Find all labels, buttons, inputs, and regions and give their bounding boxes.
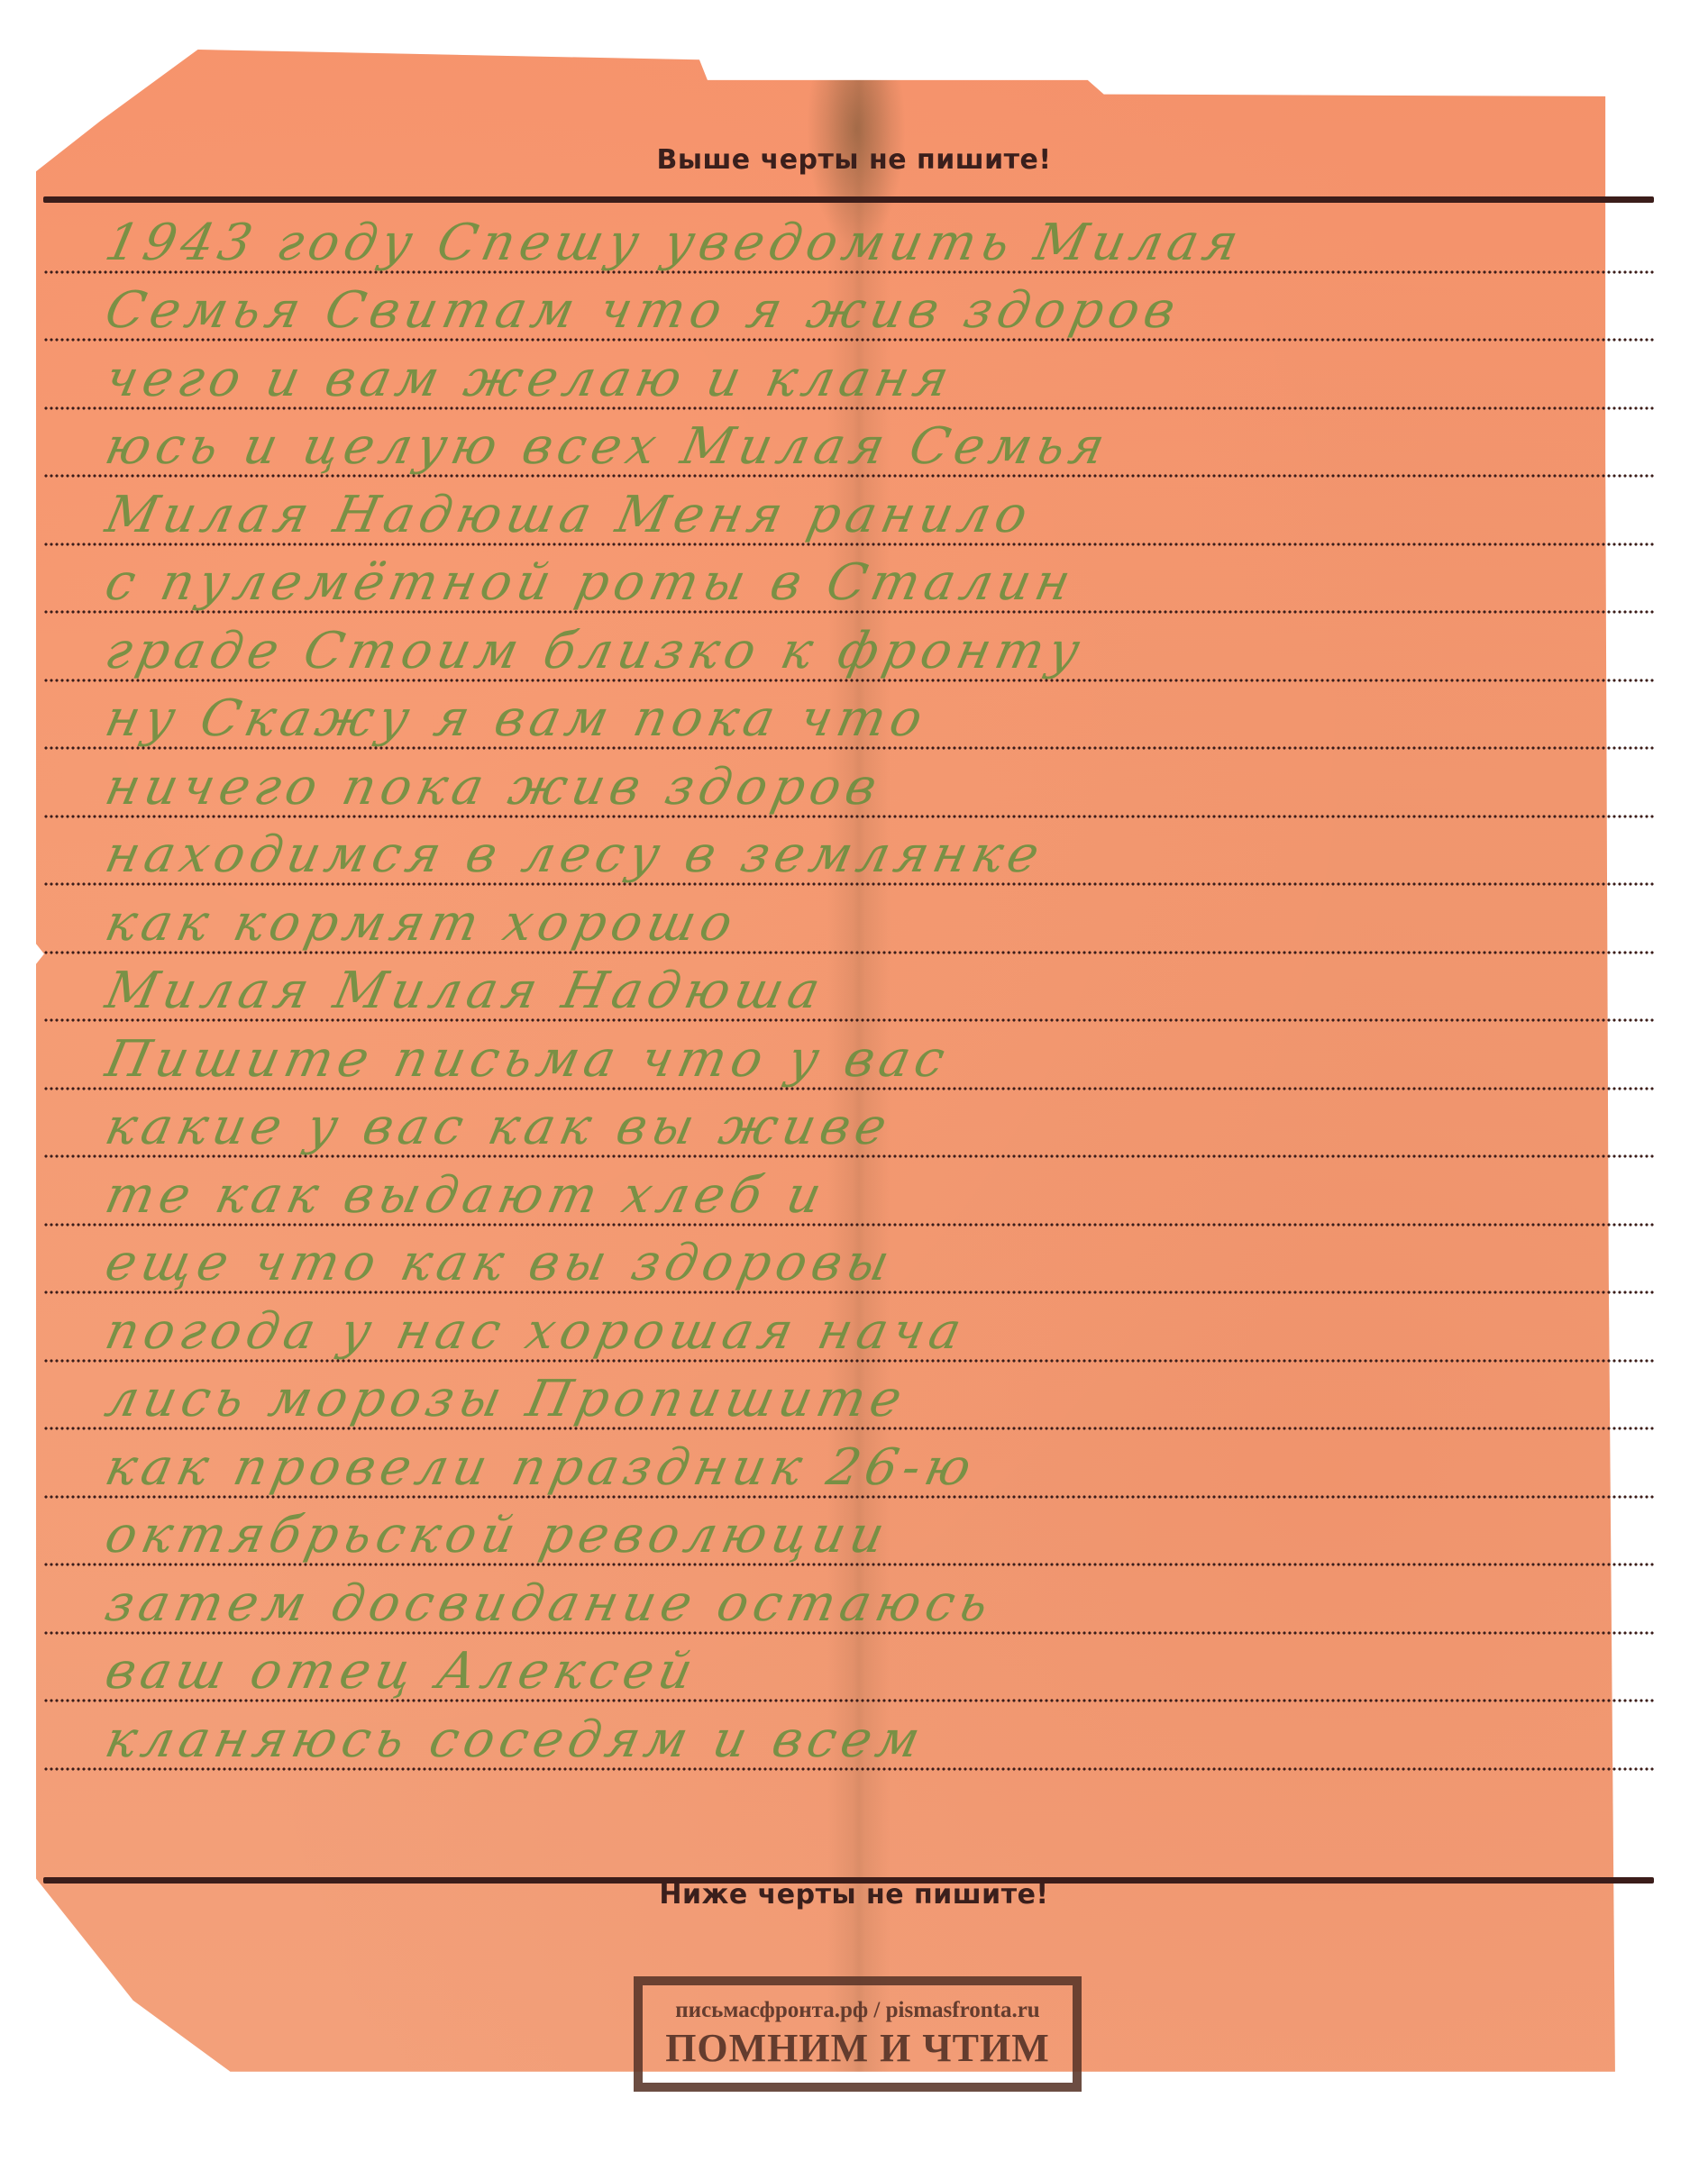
ruled-line: погода у нас хорошая нача — [43, 1294, 1654, 1363]
ruled-line: как кормят хорошо — [43, 886, 1654, 954]
handwritten-line: с пулемётной роты в Сталин — [100, 554, 1642, 612]
folded-corner — [72, 2068, 207, 2180]
handwritten-line: Семья Свитам что я жив здоров — [100, 282, 1642, 340]
handwritten-line: ничего пока жив здоров — [100, 759, 1642, 816]
ruled-line: какие у вас как вы живе — [43, 1090, 1654, 1159]
handwritten-line: те как выдают хлеб и — [100, 1167, 1642, 1225]
handwritten-line: чего и вам желаю и кланя — [100, 351, 1642, 408]
handwritten-line: кланяюсь соседям и всем — [100, 1711, 1642, 1769]
handwritten-line: ваш отец Алексей — [100, 1643, 1642, 1701]
header-notice: Выше черты не пишите! — [0, 144, 1708, 176]
ruled-line: кланяюсь соседям и всем — [43, 1702, 1654, 1771]
ruled-line: затем досвидание остаюсь — [43, 1566, 1654, 1635]
watermark-site: письмасфронта.рф / pismasfronta.ru — [643, 1998, 1073, 2023]
handwritten-line: 1943 году Спешу уведомить Милая — [100, 214, 1642, 272]
handwritten-line: ну Скажу я вам пока что — [100, 690, 1642, 748]
ruled-line: еще что как вы здоровы — [43, 1227, 1654, 1295]
handwritten-line: Пишите письма что у вас — [100, 1031, 1642, 1089]
handwritten-line: как провели праздник 26-ю — [100, 1439, 1642, 1497]
ruled-line: как провели праздник 26-ю — [43, 1430, 1654, 1499]
handwritten-line: граде Стоим близко к фронту — [100, 623, 1642, 680]
ruled-line: те как выдают хлеб и — [43, 1158, 1654, 1227]
handwritten-line: погода у нас хорошая нача — [100, 1303, 1642, 1361]
handwritten-line: лись морозы Пропишите — [100, 1371, 1642, 1428]
handwritten-line: находимся в лесу в землянке — [100, 826, 1642, 884]
ruled-line: 1943 году Спешу уведомить Милая — [43, 205, 1654, 274]
watermark-stamp: письмасфронта.рф / pismasfronta.ru ПОМНИ… — [634, 1976, 1082, 2092]
ruled-line: Семья Свитам что я жив здоров — [43, 274, 1654, 342]
watermark-motto: ПОМНИМ И ЧТИМ — [643, 2027, 1073, 2070]
ruled-line: с пулемётной роты в Сталин — [43, 546, 1654, 615]
handwritten-line: октябрьской революции — [100, 1507, 1642, 1564]
handwritten-line: Милая Милая Надюша — [100, 962, 1642, 1020]
ruled-line: лись морозы Пропишите — [43, 1363, 1654, 1431]
handwritten-line: Милая Надюша Меня ранило — [100, 487, 1642, 544]
ruled-line: находимся в лесу в землянке — [43, 818, 1654, 887]
top-boundary-rule — [43, 196, 1654, 203]
ruled-line: октябрьской революции — [43, 1499, 1654, 1567]
ruled-line: юсь и целую всех Милая Семья — [43, 410, 1654, 479]
ruled-line: чего и вам желаю и кланя — [43, 342, 1654, 410]
handwritten-line: юсь и целую всех Милая Семья — [100, 418, 1642, 476]
ruled-line: Милая Милая Надюша — [43, 954, 1654, 1023]
handwritten-line: как кормят хорошо — [100, 895, 1642, 953]
ruled-line: ну Скажу я вам пока что — [43, 682, 1654, 751]
ruled-line: граде Стоим близко к фронту — [43, 614, 1654, 682]
ruled-line: ничего пока жив здоров — [43, 750, 1654, 818]
ruled-line: Пишите письма что у вас — [43, 1022, 1654, 1090]
handwritten-line: какие у вас как вы живе — [100, 1099, 1642, 1156]
handwritten-body: 1943 году Спешу уведомить МилаяСемья Сви… — [43, 205, 1654, 1771]
footer-notice: Ниже черты не пишите! — [0, 1879, 1708, 1911]
ruled-line: ваш отец Алексей — [43, 1635, 1654, 1703]
handwritten-line: еще что как вы здоровы — [100, 1235, 1642, 1292]
ruled-line: Милая Надюша Меня ранило — [43, 478, 1654, 546]
handwritten-line: затем досвидание остаюсь — [100, 1575, 1642, 1633]
